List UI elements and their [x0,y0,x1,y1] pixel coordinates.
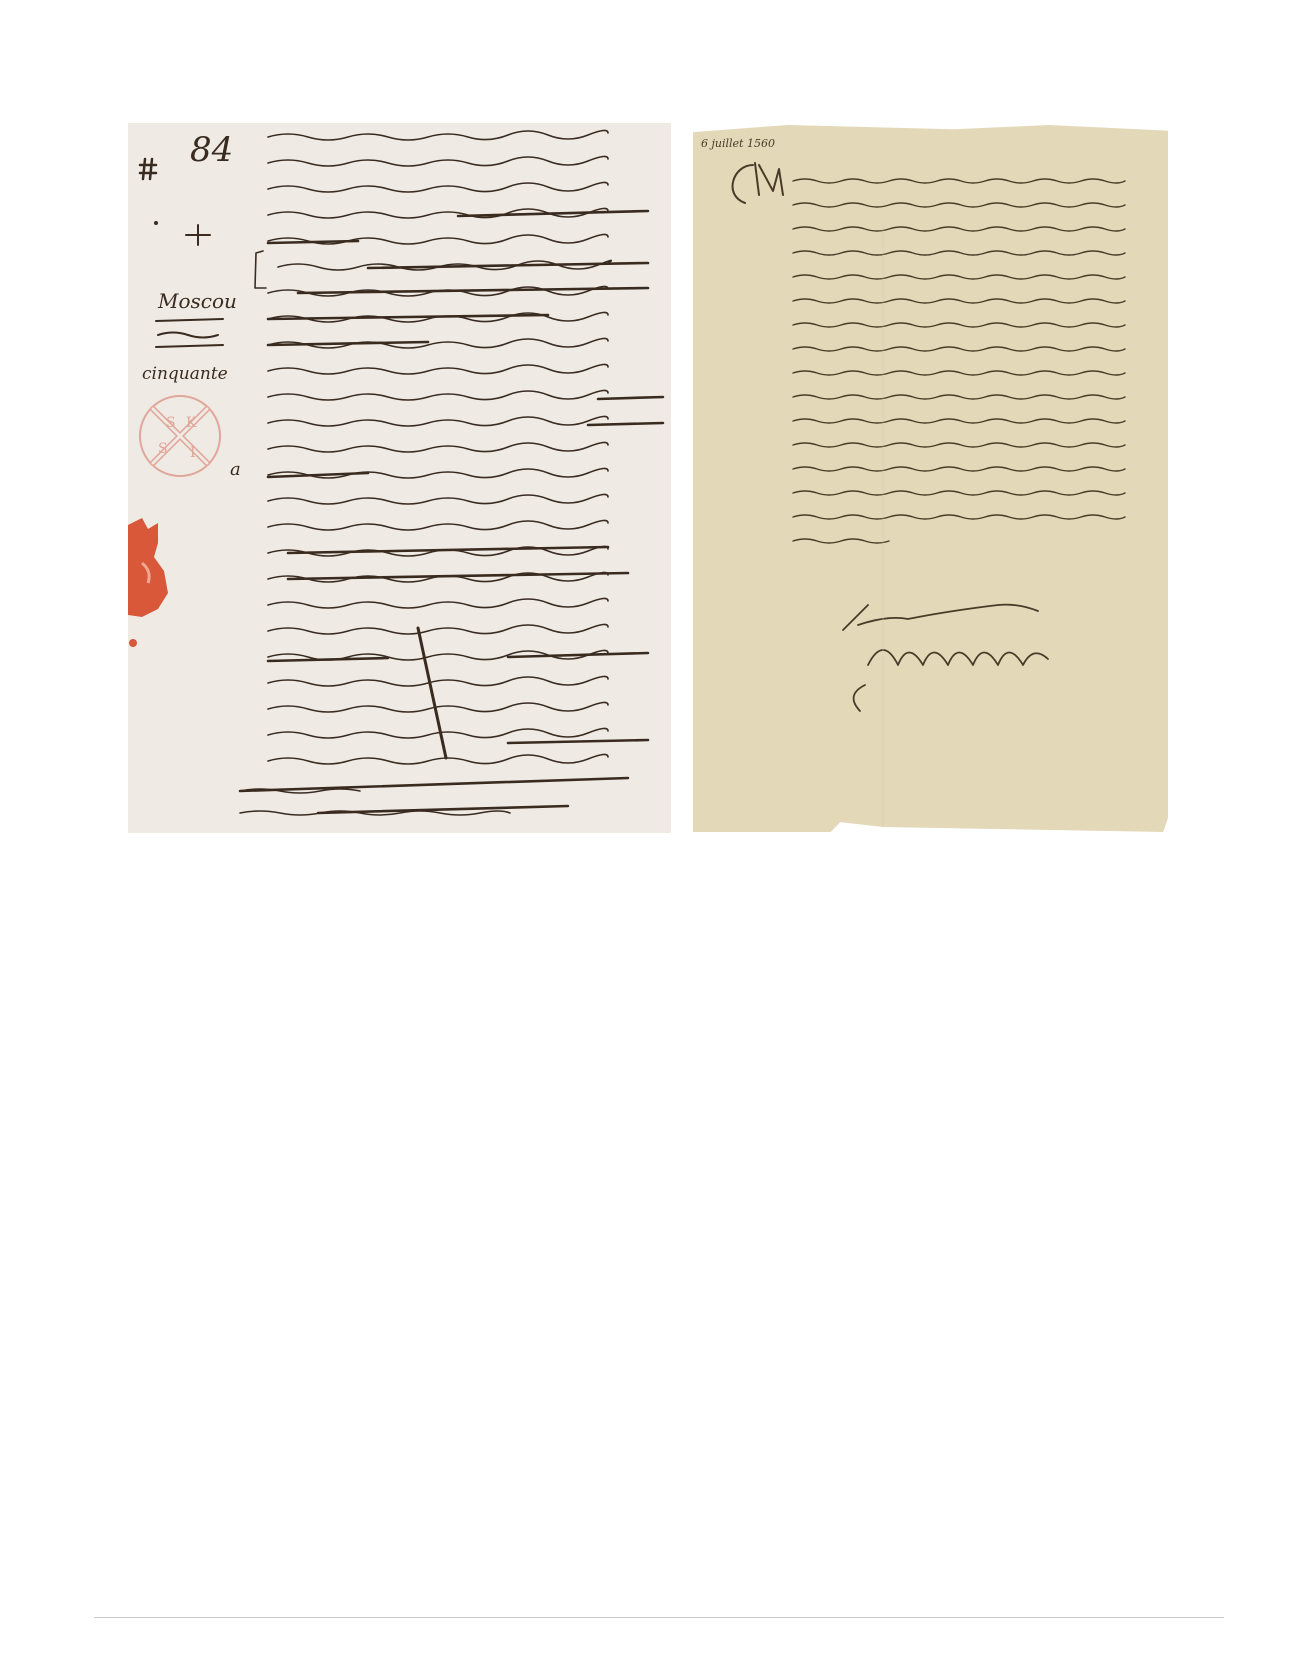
svg-text:S: S [166,415,176,431]
svg-text:K: K [186,415,197,431]
page-number: 84 [190,130,233,170]
footer-divider [94,1617,1224,1618]
library-stamp-icon: S K S I [140,396,220,476]
margin-note-cinquante: cinquante [142,364,228,384]
signature-icon [843,605,1048,711]
letter-date: 6 juillet 1560 [701,137,775,150]
initial-m-icon [733,163,783,203]
margin-note-moscou: Moscou [157,289,237,313]
svg-text:I: I [190,445,196,461]
red-wax-seal-icon [128,518,168,647]
svg-text:S: S [158,441,168,457]
letter-image-right: 6 juillet 1560 [693,125,1168,832]
manuscript-handwriting: 84 [128,123,671,833]
document-page: 84 [0,0,1301,1672]
letter-handwriting: 6 juillet 1560 [693,125,1168,832]
svg-text:a: a [230,459,241,480]
manuscript-image-left: 84 [128,123,671,833]
